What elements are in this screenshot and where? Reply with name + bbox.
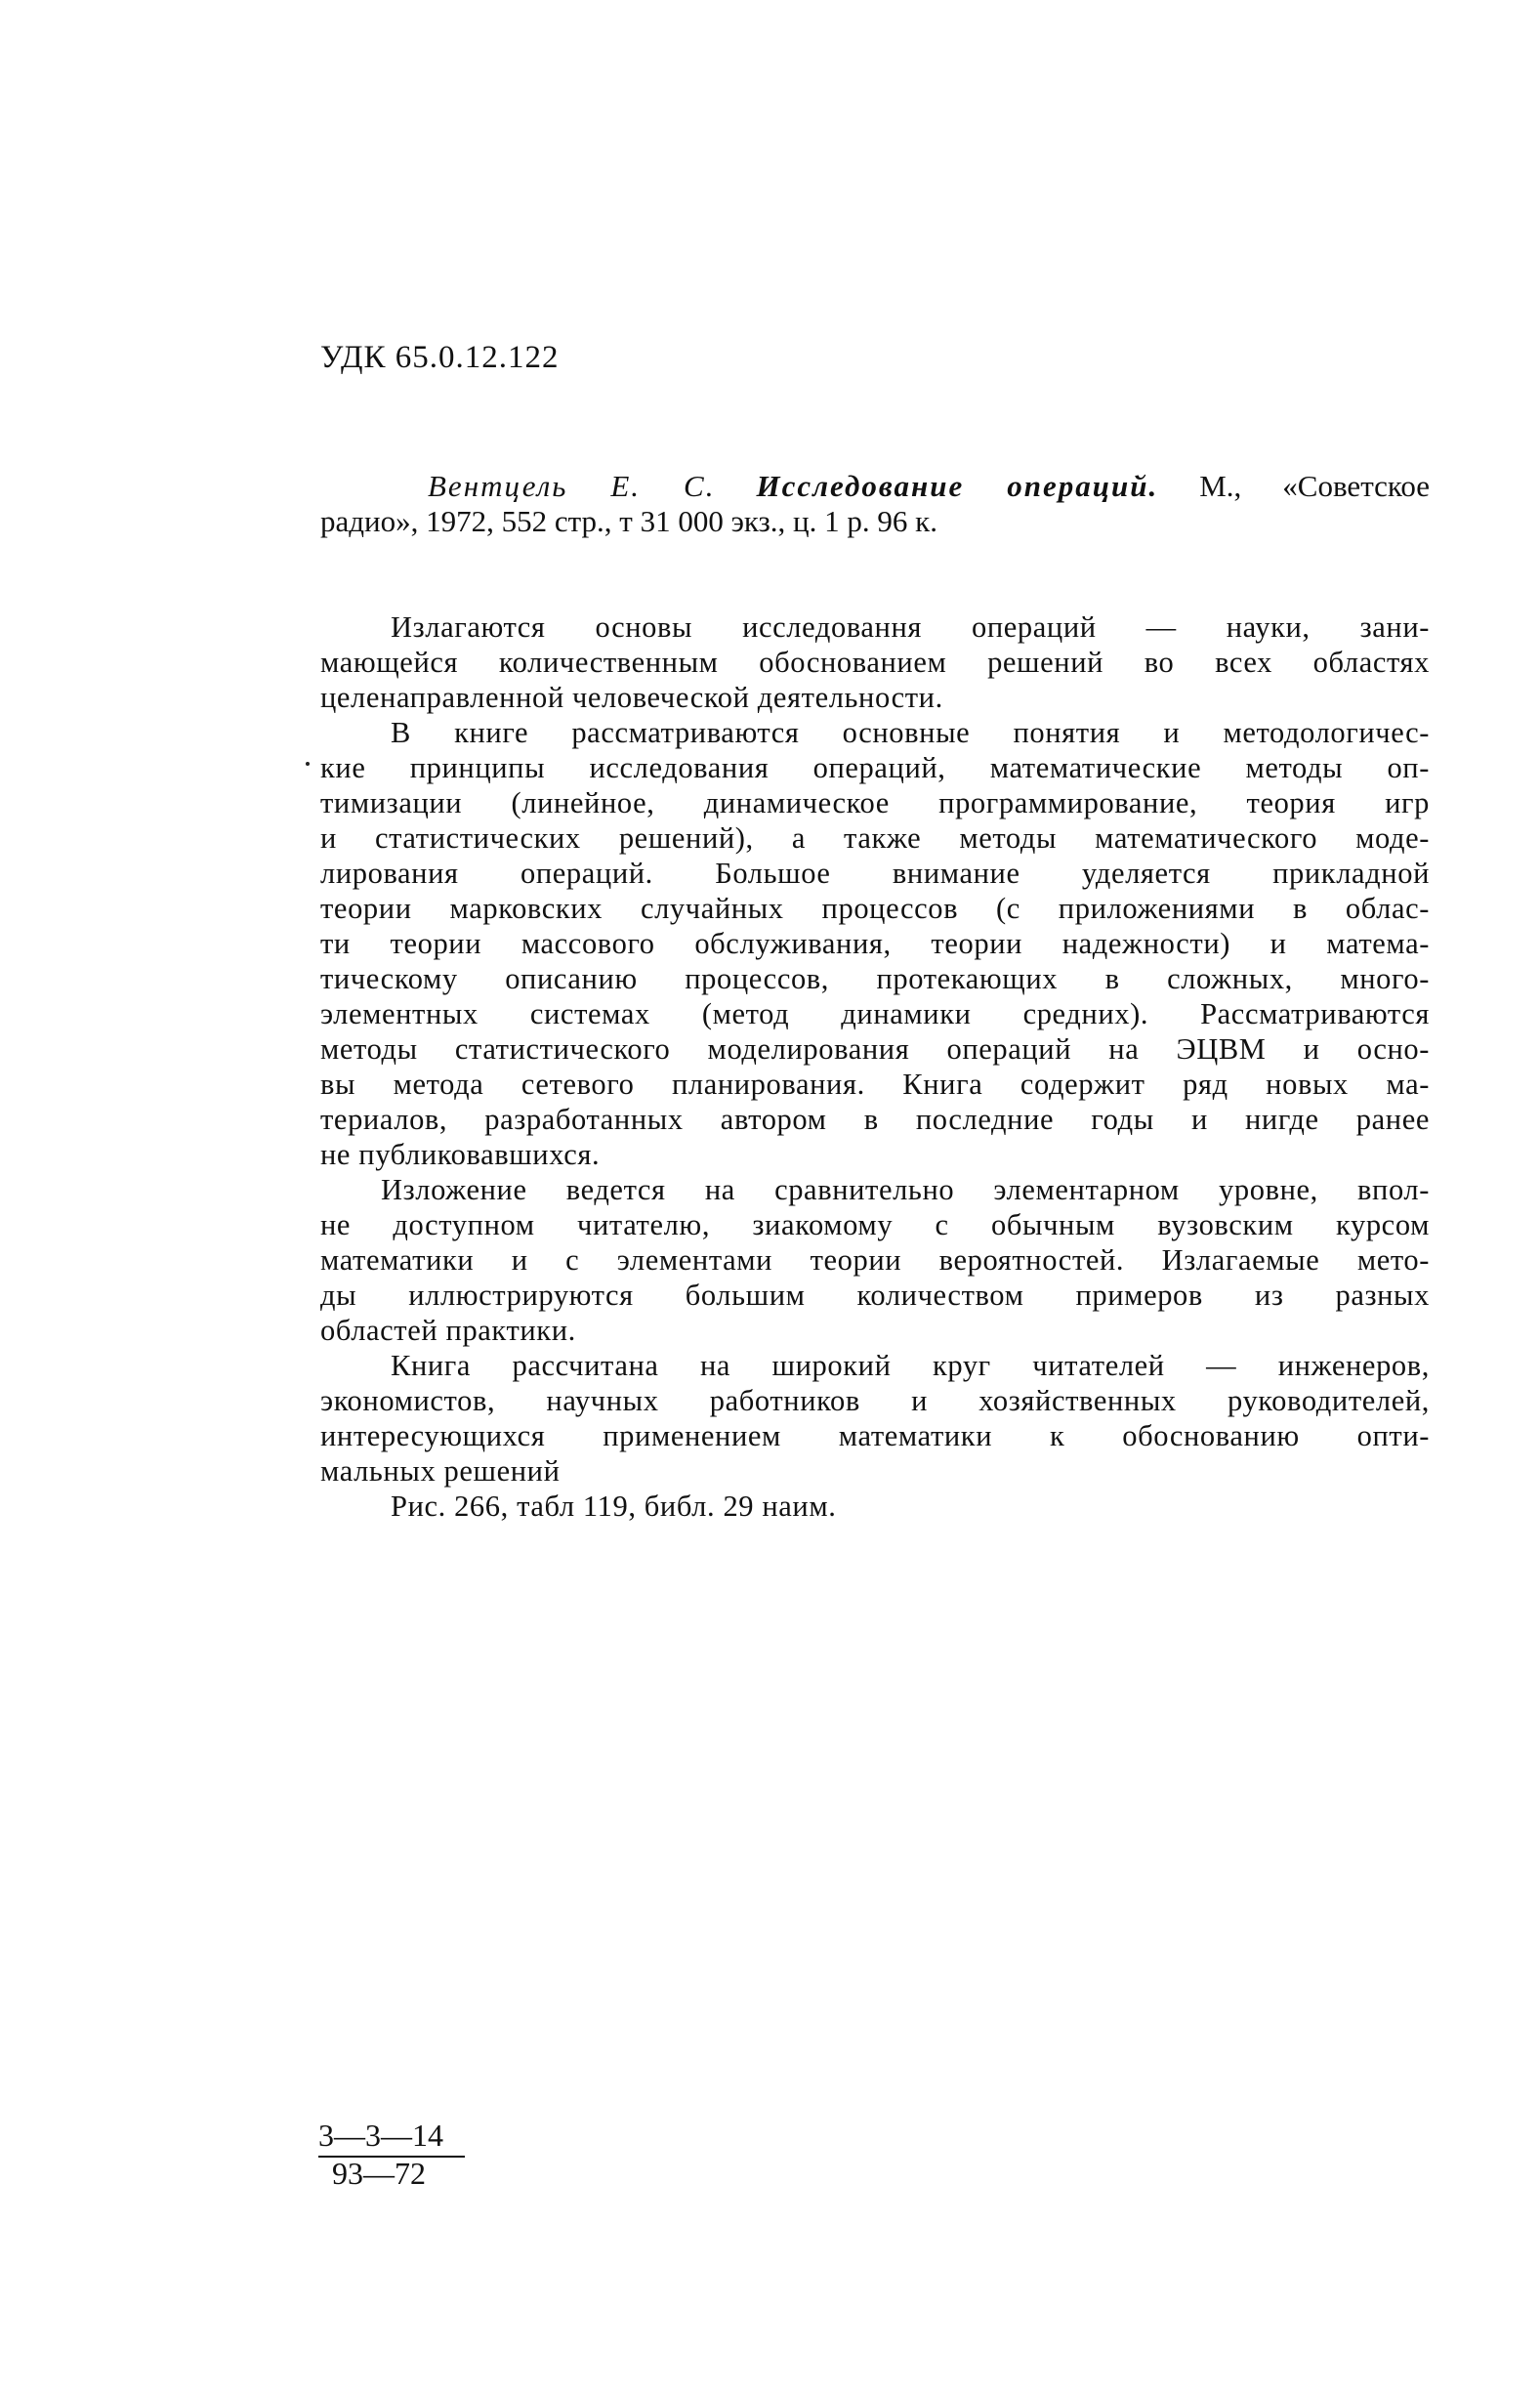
- text-line: областей практики.: [320, 1313, 1430, 1348]
- text-line: ды иллюстрируются большим количеством пр…: [320, 1278, 1430, 1313]
- text-line: элементных системах (метод динамики сред…: [320, 996, 1430, 1031]
- text-line: и статистических решений), а также метод…: [320, 820, 1430, 856]
- bibliographic-citation: Вентцель Е. С. Исследование операций. М.…: [320, 469, 1430, 539]
- text-line: вы метода сетевого планирования. Книга с…: [320, 1067, 1430, 1102]
- abstract-paragraph-1: Излагаются основы исследовання операций …: [320, 609, 1430, 715]
- citation-line-2: радио», 1972, 552 стр., т 31 000 экз., ц…: [320, 504, 1430, 539]
- text-line: ти теории массового обслуживания, теории…: [320, 926, 1430, 961]
- publication-index-code: 3—3—14 93—72: [318, 2118, 465, 2192]
- text-line: методы статистического моделирования опе…: [320, 1031, 1430, 1067]
- text-line: не публиковавшихся.: [320, 1137, 1430, 1172]
- index-denominator: 93—72: [318, 2156, 465, 2192]
- text-line: не доступном читателю, зиакомому с обычн…: [320, 1207, 1430, 1242]
- citation-author: Вентцель Е. С.: [428, 469, 715, 503]
- abstract-paragraph-3: Изложение ведется на сравнительно элемен…: [320, 1172, 1430, 1348]
- print-speck: [306, 762, 310, 766]
- text-line: тическому описанию процессов, протекающи…: [320, 961, 1430, 996]
- text-line: теории марковских случайных процессов (с…: [320, 891, 1430, 926]
- citation-title: Исследование операций.: [756, 469, 1158, 503]
- abstract: Излагаются основы исследовання операций …: [320, 609, 1430, 1524]
- text-line: мальных решений: [320, 1453, 1430, 1489]
- text-line: кие принципы исследования операций, мате…: [320, 750, 1430, 785]
- citation-publisher: М., «Советское: [1199, 469, 1430, 503]
- abstract-paragraph-2: В книге рассматриваются основные понятия…: [320, 715, 1430, 1172]
- text-line: Рис. 266, табл 119, библ. 29 наим.: [320, 1489, 1430, 1524]
- text-line: целенаправленной человеческой деятельнос…: [320, 680, 1430, 715]
- text-line: Излагаются основы исследовання операций …: [320, 609, 1430, 645]
- text-line: Изложение ведется на сравнительно элемен…: [320, 1172, 1430, 1207]
- abstract-figures-summary: Рис. 266, табл 119, библ. 29 наим.: [320, 1489, 1430, 1524]
- citation-line-1: Вентцель Е. С. Исследование операций. М.…: [320, 469, 1430, 504]
- text-line: В книге рассматриваются основные понятия…: [320, 715, 1430, 750]
- text-line: мающейся количественным обоснованием реш…: [320, 645, 1430, 680]
- text-line: лирования операций. Большое внимание уде…: [320, 856, 1430, 891]
- abstract-paragraph-4: Книга рассчитана на широкий круг читател…: [320, 1348, 1430, 1489]
- text-line: интересующихся применением математики к …: [320, 1418, 1430, 1453]
- text-line: териалов, разработанных автором в послед…: [320, 1102, 1430, 1137]
- text-line: тимизации (линейное, динамическое програ…: [320, 785, 1430, 820]
- text-line: математики и с элементами теории вероятн…: [320, 1242, 1430, 1278]
- udk-code: УДК 65.0.12.122: [320, 340, 560, 376]
- index-numerator: 3—3—14: [318, 2118, 465, 2154]
- text-line: экономистов, научных работников и хозяйс…: [320, 1383, 1430, 1418]
- text-line: Книга рассчитана на широкий круг читател…: [320, 1348, 1430, 1383]
